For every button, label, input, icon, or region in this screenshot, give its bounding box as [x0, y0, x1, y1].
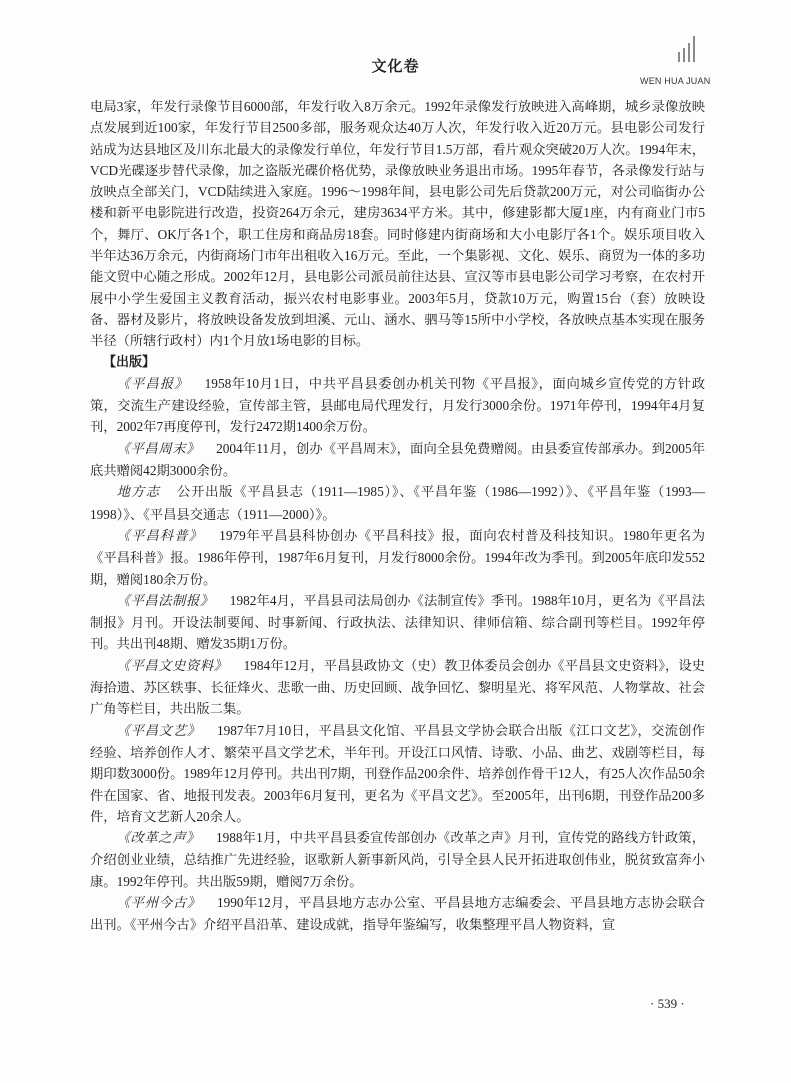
entry-name: 地方志 [117, 485, 161, 500]
page-header: 文化卷 WEN HUA JUAN [0, 0, 791, 90]
bars-logo-icon [668, 36, 708, 76]
entry-pingchang-kepu: 《平昌科普》1979年平昌县科协创办《平昌科技》报，面向农村普及科技知识。198… [90, 525, 705, 590]
entry-pingchang-wenshi-ziliao: 《平昌文史资料》1984年12月，平昌县政协文（史）教卫体委员会创办《平昌县文史… [90, 655, 705, 720]
entry-name: 《平昌科普》 [117, 529, 204, 544]
entry-name: 《平州今古》 [117, 896, 201, 911]
entry-text: 公开出版《平昌县志（1911—1985）》、《平昌年鉴（1986—1992）》、… [90, 484, 705, 521]
entry-pingzhou-jingu: 《平州今古》1990年12月，平昌县地方志办公室、平昌县地方志编委会、平昌县地方… [90, 892, 705, 936]
entry-name: 《平昌文艺》 [117, 724, 201, 739]
entry-pingchang-zhoumo: 《平昌周末》2004年11月，创办《平昌周末》，面向全县免费赠阅。由县委宣传部承… [90, 438, 705, 482]
logo-bars [674, 36, 704, 62]
entry-gaige-zhisheng: 《改革之声》1988年1月，中共平昌县委宣传部创办《改革之声》月刊，宣传党的路线… [90, 827, 705, 892]
paragraph-film-video: 电局3家，年发行录像节目6000部，年发行收入8万余元。1992年录像发行放映进… [90, 96, 705, 352]
entry-name: 《平昌报》 [117, 377, 189, 392]
entry-name: 《平昌法制报》 [117, 594, 214, 609]
entry-name: 《平昌文史资料》 [117, 659, 228, 674]
entry-pingchang-bao: 《平昌报》1958年10月1日，中共平昌县委创办机关刊物《平昌报》，面向城乡宣传… [90, 373, 705, 438]
entry-pingchang-fazhibao: 《平昌法制报》1982年4月，平昌县司法局创办《法制宣传》季刊。1988年10月… [90, 590, 705, 655]
page-body: 电局3家，年发行录像节目6000部，年发行收入8万余元。1992年录像发行放映进… [90, 96, 705, 936]
section-heading: 【出版】 [90, 352, 705, 373]
logo-text: WEN HUA JUAN [640, 76, 710, 86]
entry-pingchang-wenyi: 《平昌文艺》1987年7月10日，平昌县文化馆、平昌县文学协会联合出版《江口文艺… [90, 720, 705, 827]
entry-difangzhi: 地方志公开出版《平昌县志（1911—1985）》、《平昌年鉴（1986—1992… [90, 481, 705, 525]
entry-name: 《平昌周末》 [117, 442, 201, 457]
entry-name: 《改革之声》 [117, 831, 200, 846]
page-number: · 539 · [650, 996, 685, 1012]
